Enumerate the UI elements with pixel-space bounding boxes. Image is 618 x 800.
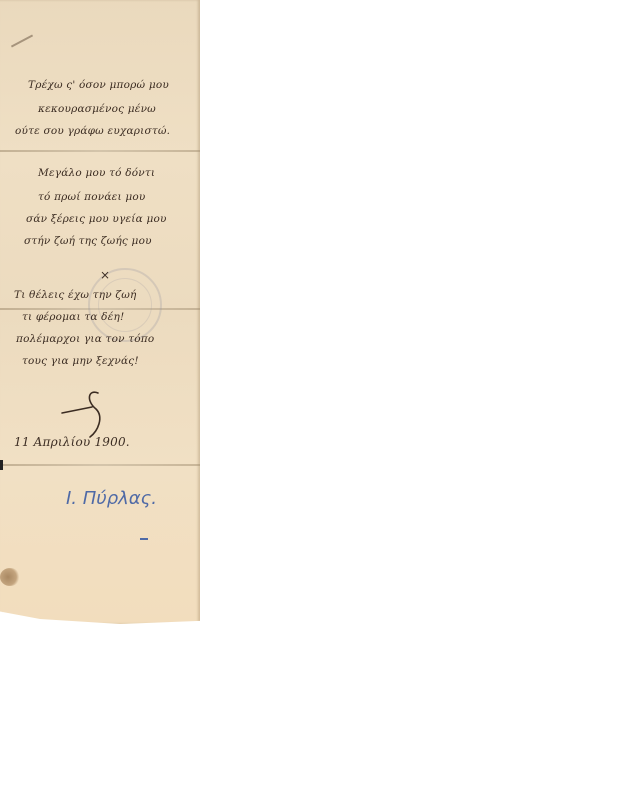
pencil-scuff-mark <box>11 34 33 47</box>
letter-line: τό πρωί πονάει μου <box>38 192 145 203</box>
scan-edge-mark <box>0 460 3 470</box>
fold-line <box>0 464 200 466</box>
letter-line: Τρέχω ς' όσον μπορώ μου <box>28 80 169 91</box>
scanned-letter-page: Τρέχω ς' όσον μπορώ μου κεκουρασμένος μέ… <box>0 0 200 624</box>
letter-line: τι φέρομαι τα δέη! <box>22 312 124 323</box>
letter-date: 11 Απριλίου 1900. <box>14 436 130 448</box>
blue-ink-signature: Ι. Πύρλας. <box>66 488 157 509</box>
letter-line: Τι θέλεις έχω την ζωή <box>14 290 137 301</box>
letter-line: στήν ζωή της ζωής μου <box>24 236 152 247</box>
fold-line <box>0 150 200 152</box>
signature-flourish-icon <box>52 385 122 440</box>
scan-edge-mark <box>0 612 3 622</box>
letter-line: ούτε σου γράφω ευχαριστώ. <box>15 126 170 137</box>
letter-line: πολέμαρχοι για τον τόπο <box>16 334 154 345</box>
signature-underline <box>140 538 148 540</box>
cross-marker: × <box>100 268 110 282</box>
letter-line: τους για μην ξεχνάς! <box>22 356 139 367</box>
letter-line: Μεγάλο μου τό δόντι <box>38 168 155 179</box>
letter-line: σάν ξέρεις μου υγεία μου <box>26 214 167 225</box>
letter-line: κεκουρασμένος μένω <box>38 104 156 115</box>
paper-stain <box>0 568 20 586</box>
